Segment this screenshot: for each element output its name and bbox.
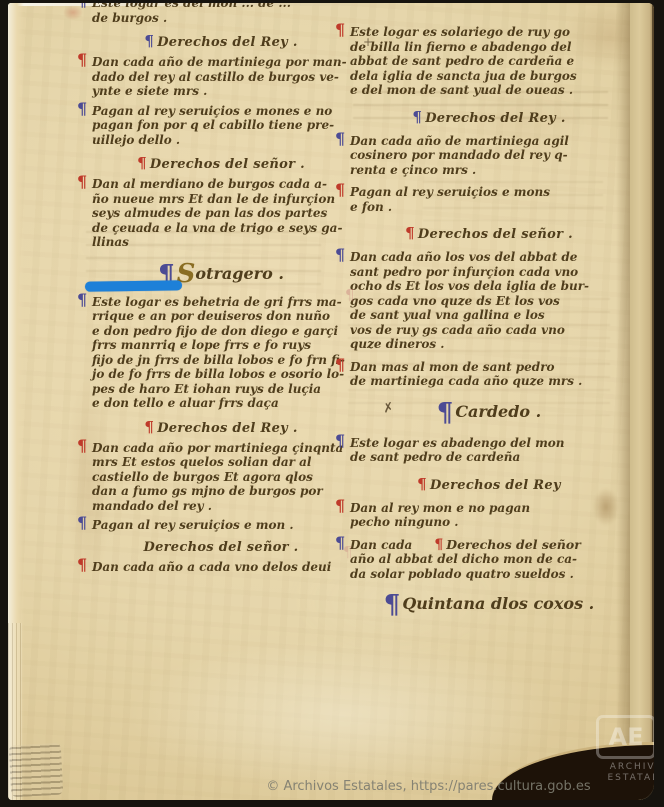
manuscript-line: de billa lin fierno e abadengo del — [350, 40, 628, 55]
line-text: dela iglia de sancta jua de burgos — [350, 69, 577, 83]
line-text: Pagan al rey seruiçios e mones e no — [92, 104, 332, 118]
archives-logo-box: AE — [596, 715, 654, 759]
manuscript-line: dado del rey al castillo de burgos ve- — [92, 70, 350, 85]
manuscript-line: e fon . — [350, 200, 628, 215]
manuscript-line: dela iglia de sancta jua de burgos — [350, 69, 628, 84]
manuscript-line: seys almudes de pan las dos partes — [92, 206, 350, 221]
line-text: Dan cada — [350, 538, 412, 552]
manuscript-line: pagan fon por q el cabillo tiene pre- — [92, 118, 350, 133]
manuscript-line: ¶Pagan al rey seruiçios e mon . — [92, 518, 350, 533]
text-paragraph: ¶Dan cada año de martiniega agilcosinero… — [350, 134, 628, 178]
line-text: e don tello e aluar frrs daça — [92, 396, 279, 410]
archives-logo-watermark: AE ARCHIVOS ESTATALES — [596, 715, 654, 784]
manuscript-line: jo de fo frrs de billa lobos e osorio lo… — [92, 367, 350, 382]
manuscript-line: fijo de jn frrs de billa lobos e fo frn … — [92, 353, 350, 368]
manuscript-line: ¶Dan al merdiano de burgos cada a- — [92, 177, 350, 192]
section-header: ¶Derechos del Rey — [350, 475, 628, 493]
pilcrow-icon: ¶ — [335, 434, 345, 449]
manuscript-line: ¶Dan mas al mon de sant pedro — [350, 360, 628, 375]
text-paragraph: ¶Dan cada año por martiniega çinqntamrs … — [92, 441, 350, 514]
manuscript-line: de sant yual vna gallina e los — [350, 308, 628, 323]
line-text: ño nueue mrs Et dan le de infurçion — [92, 192, 335, 206]
line-text: sant pedro por infurçion cada vno — [350, 265, 578, 279]
pilcrow-icon: ¶ — [412, 108, 422, 126]
line-text: rrique e an por deuiseros don nuño — [92, 309, 330, 323]
manuscript-line: ¶Dan cada año por martiniega çinqnta — [92, 441, 350, 456]
line-text: renta e çinco mrs . — [350, 163, 476, 177]
line-text: Dan cada año los vos del abbat de — [350, 250, 577, 264]
copyright-watermark: © Archivos Estatales, https://pares.cult… — [256, 779, 601, 794]
manuscript-line: ¶Este logar es del mon ... de ... — [92, 3, 350, 11]
placename-text: Cardedo . — [455, 402, 541, 421]
pilcrow-icon: ¶ — [335, 183, 345, 198]
manuscript-line: pes de haro Et iohan ruys de luçia — [92, 382, 350, 397]
manuscript-line: mrs Et estos quelos solian dar al — [92, 455, 350, 470]
header-text: Derechos del Rey . — [157, 35, 297, 50]
manuscript-line: ¶Dan cada¶Derechos del señor — [350, 538, 628, 553]
section-header: ¶Derechos del señor . — [92, 154, 350, 172]
pilcrow-icon: ¶ — [405, 224, 415, 242]
manuscript-line: e don pedro fijo de don diego e garçi — [92, 324, 350, 339]
parchment-stain — [128, 638, 558, 793]
pilcrow-icon: ¶ — [77, 175, 87, 190]
line-text: pecho ninguno . — [350, 515, 458, 529]
manuscript-line: pecho ninguno . — [350, 515, 628, 530]
pilcrow-icon: ¶ — [335, 248, 345, 263]
manuscript-line: de martiniega cada año quze mrs . — [350, 374, 628, 389]
text-paragraph: ¶Dan mas al mon de sant pedrode martinie… — [350, 360, 628, 389]
line-text: Dan cada año de martiniega por man- — [92, 55, 347, 69]
text-paragraph: ¶Dan al merdiano de burgos cada a-ño nue… — [92, 177, 350, 250]
line-text: Este logar es behetria de gri frrs ma- — [92, 295, 342, 309]
text-paragraph: ¶Este logar es abadengo del monde sant p… — [350, 436, 628, 465]
header-text: Derechos del señor . — [418, 227, 573, 242]
manuscript-line: cosinero por mandado del rey q- — [350, 148, 628, 163]
page-fold-shadow — [616, 3, 630, 800]
manuscript-line: llinas — [92, 235, 350, 250]
manuscript-line: ¶Dan cada año de martiniega por man- — [92, 55, 350, 70]
line-text: Pagan al rey seruiçios e mon . — [92, 518, 294, 532]
manuscript-line: ynte e siete mrs . — [92, 84, 350, 99]
manuscript-line: año al abbat del dicho mon de ca- — [350, 552, 628, 567]
manuscript-line: ¶Este logar es behetria de gri frrs ma- — [92, 295, 350, 310]
line-text: vos de ruy gs cada año cada vno — [350, 323, 565, 337]
line-text: castiello de burgos Et agora qlos — [92, 470, 313, 484]
line-text: Dan cada año de martiniega agil — [350, 134, 569, 148]
line-text: mandado del rey . — [92, 499, 212, 513]
pilcrow-icon: ¶ — [335, 358, 345, 373]
section-header: ¶Derechos del Rey . — [92, 418, 350, 436]
manuscript-page: ¶Este logar es del mon ... de ...de burg… — [8, 3, 654, 800]
manuscript-line: ¶Dan cada año los vos del abbat de — [350, 250, 628, 265]
line-text: seys almudes de pan las dos partes — [92, 206, 327, 220]
line-text: de billa lin fierno e abadengo del — [350, 40, 572, 54]
header-text: Derechos del señor . — [144, 540, 299, 555]
manuscript-line: ¶Pagan al rey seruiçios e mons — [350, 185, 628, 200]
line-text: Este logar es solariego de ruy go — [350, 25, 570, 39]
manuscript-line: da solar poblado quatro sueldos . — [350, 567, 628, 582]
text-paragraph: ¶Dan al rey mon e no paganpecho ninguno … — [350, 501, 628, 530]
line-text: e del mon de sant yual de oueas . — [350, 83, 573, 97]
text-paragraph: ¶Este logar es behetria de gri frrs ma-r… — [92, 295, 350, 411]
manuscript-line: ocho ds Et los vos dela iglia de bur- — [350, 279, 628, 294]
manuscript-line: sant pedro por infurçion cada vno — [350, 265, 628, 280]
manuscript-line: ¶Este logar es solariego de ruy go — [350, 25, 628, 40]
pilcrow-icon: ¶ — [384, 590, 401, 620]
pilcrow-icon: ¶ — [77, 516, 87, 531]
manuscript-line: ¶Dan cada año a cada vno delos deui — [92, 560, 350, 575]
manuscript-line: castiello de burgos Et agora qlos — [92, 470, 350, 485]
manuscript-line: ¶Dan cada año de martiniega agil — [350, 134, 628, 149]
book-edge-shadow — [652, 3, 654, 800]
manuscript-line: rrique e an por deuiseros don nuño — [92, 309, 350, 324]
line-text: pes de haro Et iohan ruys de luçia — [92, 382, 321, 396]
pilcrow-icon: ¶ — [77, 53, 87, 68]
manuscript-line: e del mon de sant yual de oueas . — [350, 83, 628, 98]
pilcrow-icon: ¶ — [335, 23, 345, 38]
placename-text: otragero . — [195, 264, 283, 283]
line-text: Dan al merdiano de burgos cada a- — [92, 177, 327, 191]
manuscript-line: mandado del rey . — [92, 499, 350, 514]
header-text: Derechos del señor . — [150, 157, 305, 172]
text-paragraph: ¶Pagan al rey seruiçios e monse fon . — [350, 185, 628, 214]
pilcrow-icon: ¶ — [144, 32, 154, 50]
archives-logo-text: ESTATALES — [596, 773, 654, 784]
line-text: llinas — [92, 235, 129, 249]
manuscript-line: ño nueue mrs Et dan le de infurçion — [92, 192, 350, 207]
line-text: e fon . — [350, 200, 392, 214]
text-paragraph: ¶Pagan al rey seruiçios e mon . — [92, 518, 350, 533]
inline-section-header: ¶Derechos del señor — [434, 537, 580, 552]
manuscript-line: abbat de sant pedro de cardeña e — [350, 54, 628, 69]
line-text: de sant pedro de cardeña — [350, 450, 520, 464]
line-text: jo de fo frrs de billa lobos e osorio lo… — [92, 367, 344, 381]
placename-header: ¶Quintana dlos coxos . — [350, 590, 628, 620]
archives-logo-text: ARCHIVOS — [596, 762, 654, 773]
pilcrow-icon: ¶ — [335, 499, 345, 514]
pilcrow-icon: ¶ — [77, 558, 87, 573]
text-paragraph: ¶Pagan al rey seruiçios e mones e nopaga… — [92, 104, 350, 148]
pilcrow-icon: ¶ — [144, 418, 154, 436]
pilcrow-icon: ¶ — [137, 154, 147, 172]
manuscript-line: ¶Pagan al rey seruiçios e mones e no — [92, 104, 350, 119]
manuscript-line: dan a fumo gs mjno de burgos por — [92, 484, 350, 499]
line-text: Este logar es del mon ... de ... — [92, 3, 291, 10]
header-text: Derechos del Rey . — [425, 111, 565, 126]
pilcrow-icon: ¶ — [77, 102, 87, 117]
manuscript-line: vos de ruy gs cada año cada vno — [350, 323, 628, 338]
line-text: uillejo dello . — [92, 133, 180, 147]
section-header: ¶Derechos del Rey . — [92, 32, 350, 50]
placename-text: Quintana dlos coxos . — [402, 594, 594, 613]
text-paragraph: ¶Dan cada¶Derechos del señoraño al abbat… — [350, 538, 628, 582]
line-text: e don pedro fijo de don diego e garçi — [92, 324, 338, 338]
line-text: de çeuada e la vna de trigo e seys ga- — [92, 221, 342, 235]
manuscript-line: quze dineros . — [350, 337, 628, 352]
line-text: Dan cada año a cada vno delos deui — [92, 560, 331, 574]
page-stack-edges-bottom-left — [9, 743, 64, 798]
manuscript-line: e don tello e aluar frrs daça — [92, 396, 350, 411]
line-text: pagan fon por q el cabillo tiene pre- — [92, 118, 334, 132]
text-paragraph: ¶Dan cada año de martiniega por man-dado… — [92, 55, 350, 99]
manuscript-line: de burgos . — [92, 11, 350, 26]
line-text: Pagan al rey seruiçios e mons — [350, 185, 550, 199]
line-text: frrs manrriq e lope frrs e fo ruys — [92, 338, 311, 352]
line-text: cosinero por mandado del rey q- — [350, 148, 568, 162]
line-text: gos cada vno quze ds Et los vos — [350, 294, 560, 308]
pilcrow-icon: ¶ — [417, 475, 427, 493]
line-text: da solar poblado quatro sueldos . — [350, 567, 574, 581]
manuscript-line: uillejo dello . — [92, 133, 350, 148]
manuscript-line: gos cada vno quze ds Et los vos — [350, 294, 628, 309]
pilcrow-icon: ¶ — [437, 398, 454, 428]
text-paragraph: ¶Este logar es del mon ... de ...de burg… — [92, 3, 350, 25]
manuscript-line: frrs manrriq e lope frrs e fo ruys — [92, 338, 350, 353]
faint-pilcrow-icon: ¶ — [343, 543, 353, 561]
manuscript-line: de çeuada e la vna de trigo e seys ga- — [92, 221, 350, 236]
section-header: ¶Derechos del Rey . — [350, 108, 628, 126]
line-text: mrs Et estos quelos solian dar al — [92, 455, 312, 469]
pilcrow-icon: ¶ — [77, 3, 87, 9]
text-column-right: ¶Este logar es solariego de ruy gode bil… — [350, 17, 628, 625]
text-paragraph: ¶Este logar es solariego de ruy gode bil… — [350, 25, 628, 98]
line-text: ocho ds Et los vos dela iglia de bur- — [350, 279, 589, 293]
line-text: abbat de sant pedro de cardeña e — [350, 54, 574, 68]
line-text: año al abbat del dicho mon de ca- — [350, 552, 577, 566]
manuscript-line: ¶Este logar es abadengo del mon — [350, 436, 628, 451]
header-text: Derechos del señor — [446, 537, 581, 552]
section-header: ¶Derechos del señor . — [350, 224, 628, 242]
line-text: de burgos . — [92, 11, 167, 25]
header-text: Derechos del Rey — [430, 478, 561, 493]
pilcrow-icon: ¶ — [77, 293, 87, 308]
pilcrow-icon: ¶ — [77, 439, 87, 454]
line-text: quze dineros . — [350, 337, 445, 351]
line-text: de sant yual vna gallina e los — [350, 308, 545, 322]
line-text: Dan cada año por martiniega çinqnta — [92, 441, 343, 455]
line-text: fijo de jn frrs de billa lobos e fo frn … — [92, 353, 345, 367]
pilcrow-icon: ¶ — [335, 132, 345, 147]
manuscript-line: de sant pedro de cardeña — [350, 450, 628, 465]
line-text: de martiniega cada año quze mrs . — [350, 374, 582, 388]
header-text: Derechos del Rey . — [157, 421, 297, 436]
line-text: dan a fumo gs mjno de burgos por — [92, 484, 323, 498]
pilcrow-icon: ¶ — [434, 537, 443, 553]
line-text: Este logar es abadengo del mon — [350, 436, 565, 450]
book-page-edges-right — [630, 3, 654, 800]
margin-plus-mark: + — [363, 35, 373, 49]
text-paragraph: ¶Dan cada año a cada vno delos deui — [92, 560, 350, 575]
section-header: Derechos del señor . — [92, 540, 350, 555]
manuscript-line: renta e çinco mrs . — [350, 163, 628, 178]
blue-marker-annotation-line — [85, 280, 182, 291]
line-text: dado del rey al castillo de burgos ve- — [92, 70, 339, 84]
line-text: Dan al rey mon e no pagan — [350, 501, 530, 515]
line-text: ynte e siete mrs . — [92, 84, 207, 98]
text-paragraph: ¶Dan cada año los vos del abbat desant p… — [350, 250, 628, 352]
line-text: Dan mas al mon de sant pedro — [350, 360, 555, 374]
manuscript-line: ¶Dan al rey mon e no pagan — [350, 501, 628, 516]
faint-pilcrow-icon: ¶ — [345, 286, 355, 304]
